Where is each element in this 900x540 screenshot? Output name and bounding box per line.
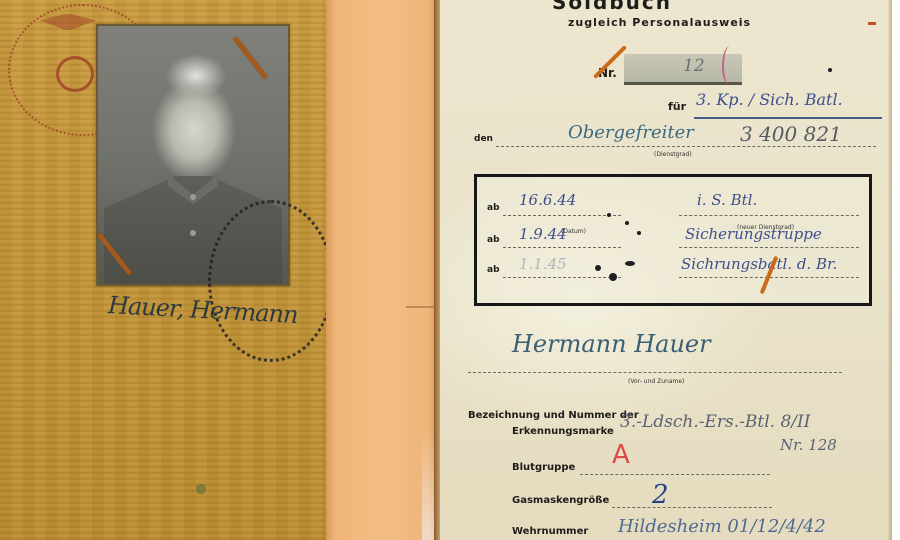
- stamp-dot: [625, 221, 629, 225]
- rank-line-1: [679, 215, 859, 216]
- signature-line: [468, 372, 842, 373]
- rank-line: [496, 146, 876, 147]
- rank-line-2: [679, 247, 859, 248]
- date-value-3: 1.1.45: [519, 255, 567, 273]
- stamp-dot: [609, 273, 617, 281]
- ink-dot: [828, 68, 832, 72]
- stamp-dot: [637, 231, 641, 235]
- rank-value-2: Sicherungstruppe: [685, 225, 822, 243]
- orange-binding-flap: [326, 0, 440, 540]
- rank-caption: (Dienstgrad): [654, 151, 692, 158]
- unit-label: für: [668, 100, 686, 113]
- gas-mask-line: [612, 507, 772, 508]
- row-label-3: ab: [487, 265, 500, 275]
- date-line-3: [503, 277, 621, 278]
- service-number-value: 3 400 821: [740, 122, 842, 146]
- row-label-1: ab: [487, 203, 500, 213]
- gas-mask-size-label: Gasmaskengröße: [512, 495, 609, 506]
- date-value-1: 16.6.44: [519, 191, 576, 209]
- uniform-button: [190, 230, 196, 236]
- number-value: 12: [683, 56, 705, 76]
- row-label-2: ab: [487, 235, 500, 245]
- ink-blot: [196, 484, 206, 494]
- service-number-label: Wehrnummer: [512, 526, 588, 537]
- black-circular-stamp: [208, 200, 334, 362]
- rank-value: Obergefreiter: [568, 122, 694, 143]
- unit-underline: [694, 117, 882, 119]
- holder-signature: Hermann Hauer: [512, 330, 711, 358]
- blood-group-label: Blutgruppe: [512, 462, 575, 473]
- document-title: Soldbuch: [552, 0, 672, 14]
- document-subtitle: zugleich Personalausweis: [568, 16, 751, 29]
- unit-value: 3. Kp. / Sich. Batl.: [696, 90, 843, 109]
- right-document-page: Soldbuch zugleich Personalausweis Nr. 12…: [440, 0, 892, 540]
- red-pencil-mark: [722, 46, 738, 86]
- date-line-1: [503, 215, 621, 216]
- stamp-dot: [625, 261, 635, 266]
- blood-group-value: A: [612, 440, 630, 470]
- rank-value-3: Sichrungsbatl. d. Br.: [681, 255, 837, 273]
- wehrnummer-value: Hildesheim 01/12/4/42: [618, 516, 826, 537]
- gas-mask-size-value: 2: [652, 480, 669, 510]
- uniform-button: [190, 194, 196, 200]
- left-cover-page: Hauer, Hermann: [0, 0, 328, 540]
- promotion-box: ab 16.6.44 (Datum) i. S. Btl. (neuer Die…: [474, 174, 872, 306]
- ink-fleck: [868, 22, 876, 25]
- date-line-2: [503, 247, 621, 248]
- stamp-dot: [595, 265, 601, 271]
- dogtag-label-line1: Bezeichnung und Nummer der: [468, 410, 639, 421]
- stamp-dot: [607, 213, 611, 217]
- den-label: den: [474, 134, 493, 144]
- rank-value-1: i. S. Btl.: [697, 191, 757, 209]
- dogtag-value: 3.-Ldsch.-Ers.-Btl. 8/II: [620, 412, 810, 432]
- signature-caption: (Vor- und Zuname): [628, 378, 684, 385]
- blood-group-line: [580, 474, 770, 475]
- date-value-2: 1.9.44: [519, 225, 567, 243]
- dogtag-label-line2: Erkennungsmarke: [512, 426, 614, 437]
- dogtag-value-line2: Nr. 128: [780, 436, 837, 454]
